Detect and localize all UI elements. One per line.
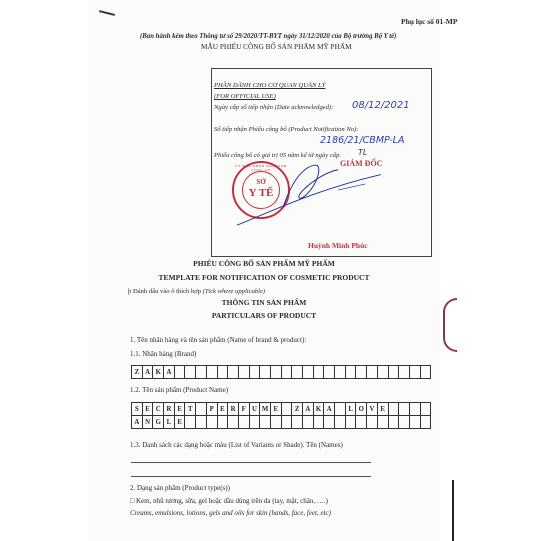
product-cell: E bbox=[143, 403, 154, 416]
brand-cell bbox=[250, 366, 261, 379]
brand-cell bbox=[218, 366, 229, 379]
product-cell bbox=[282, 403, 293, 416]
brand-cell bbox=[196, 366, 207, 379]
product-cell: N bbox=[143, 416, 154, 429]
product-cell bbox=[207, 416, 218, 429]
product-cell bbox=[410, 416, 421, 429]
brand-cell bbox=[175, 366, 186, 379]
product-cell bbox=[389, 416, 400, 429]
brand-cell: A bbox=[164, 366, 175, 379]
product-cell bbox=[185, 416, 196, 429]
brand-cell bbox=[282, 366, 293, 379]
product-cell: T bbox=[185, 403, 196, 416]
section-1-3-label: 1.3. Danh sách các dạng hoặc màu (List o… bbox=[130, 441, 343, 449]
validity-note: Phiếu công bố có giá trị 05 năm kể từ ng… bbox=[214, 152, 341, 159]
brand-cell bbox=[356, 366, 367, 379]
issued-note: (Ban hành kèm theo Thông tư số 29/2020/T… bbox=[140, 33, 396, 40]
page-edge-shadow bbox=[452, 480, 454, 541]
product-cell bbox=[399, 403, 410, 416]
product-cell bbox=[410, 403, 421, 416]
product-cell bbox=[282, 416, 293, 429]
brand-cell bbox=[410, 366, 421, 379]
brand-cell: A bbox=[143, 366, 154, 379]
product-type-option-vi: □ Kem, nhũ tương, sữa, gel hoặc dầu dùng… bbox=[130, 497, 328, 505]
tick-note-en: (Tick where applicable) bbox=[203, 288, 265, 295]
product-cell: P bbox=[207, 403, 218, 416]
product-cell bbox=[303, 416, 314, 429]
brand-cell bbox=[260, 366, 271, 379]
section-1-1-label: 1.1. Nhãn hàng (Brand) bbox=[130, 350, 196, 358]
product-cell: E bbox=[271, 403, 282, 416]
product-cell bbox=[314, 416, 325, 429]
brand-cell bbox=[399, 366, 410, 379]
product-cell bbox=[421, 403, 432, 416]
product-cell bbox=[335, 416, 346, 429]
product-cell bbox=[196, 416, 207, 429]
signature-icon bbox=[222, 159, 392, 229]
variant-line-1 bbox=[131, 462, 371, 463]
brand-cell: K bbox=[153, 366, 164, 379]
official-heading-en: (FOR OFFICIAL USE) bbox=[214, 93, 276, 100]
product-cell bbox=[335, 403, 346, 416]
form-template-title: MẪU PHIẾU CÔNG BỐ SẢN PHẨM MỸ PHẨM bbox=[201, 42, 352, 51]
form-title-vi: PHIẾU CÔNG BỐ SẢN PHẨM MỸ PHẨM bbox=[88, 259, 440, 268]
product-cell bbox=[292, 416, 303, 429]
product-cell: S bbox=[132, 403, 143, 416]
product-cell: G bbox=[153, 416, 164, 429]
signer-name: Huỳnh Minh Phúc bbox=[308, 241, 368, 250]
variant-line-2 bbox=[131, 476, 371, 477]
particulars-title-en: PARTICULARS OF PRODUCT bbox=[88, 311, 440, 320]
product-name-grid: S E C R E T P E R F U M E Z A K A L O V … bbox=[131, 402, 431, 429]
notification-no-label: Số tiếp nhận Phiếu công bố (Product Noti… bbox=[214, 126, 358, 133]
tick-note-vi: þ Đánh dấu vào ô thích hợp bbox=[128, 288, 201, 295]
product-cell bbox=[421, 416, 432, 429]
product-cell bbox=[367, 416, 378, 429]
product-cell: E bbox=[218, 403, 229, 416]
brand-cell bbox=[421, 366, 432, 379]
product-cell bbox=[378, 416, 389, 429]
product-cell bbox=[399, 416, 410, 429]
product-cell: C bbox=[153, 403, 164, 416]
section-1-heading: 1. Tên nhãn hàng và tên sản phẩm (Name o… bbox=[130, 336, 306, 344]
product-cell bbox=[239, 416, 250, 429]
product-cell: M bbox=[260, 403, 271, 416]
product-cell bbox=[218, 416, 229, 429]
brand-cell bbox=[239, 366, 250, 379]
partial-stamp-icon bbox=[443, 298, 457, 352]
brand-cell bbox=[207, 366, 218, 379]
product-cell: A bbox=[324, 403, 335, 416]
date-acknowledged-label: Ngày cấp số tiếp nhận (Date acknowledged… bbox=[214, 104, 333, 111]
product-cell bbox=[346, 416, 357, 429]
product-cell: F bbox=[239, 403, 250, 416]
brand-cell bbox=[292, 366, 303, 379]
product-cell: E bbox=[175, 403, 186, 416]
brand-cell bbox=[378, 366, 389, 379]
product-cell: U bbox=[250, 403, 261, 416]
product-cell bbox=[196, 403, 207, 416]
product-cell: Z bbox=[292, 403, 303, 416]
product-cell: L bbox=[346, 403, 357, 416]
product-cell bbox=[324, 416, 335, 429]
brand-cell bbox=[324, 366, 335, 379]
official-heading-vi: PHẦN DÀNH CHO CƠ QUAN QUẢN LÝ bbox=[214, 82, 325, 89]
brand-cell bbox=[367, 366, 378, 379]
brand-cell bbox=[335, 366, 346, 379]
form-title-en: TEMPLATE FOR NOTIFICATION OF COSMETIC PR… bbox=[88, 273, 440, 282]
brand-cell bbox=[389, 366, 400, 379]
product-cell: R bbox=[164, 403, 175, 416]
brand-cell bbox=[228, 366, 239, 379]
product-cell: E bbox=[175, 416, 186, 429]
product-type-option-en: Creams, emulsions, lotions, gels and oil… bbox=[130, 509, 331, 517]
product-cell bbox=[389, 403, 400, 416]
brand-cell bbox=[303, 366, 314, 379]
date-acknowledged-value: 08/12/2021 bbox=[352, 100, 410, 111]
section-2-heading: 2. Dạng sản phẩm (Product type(s)) bbox=[130, 484, 230, 492]
brand-cell: Z bbox=[132, 366, 143, 379]
product-cell: V bbox=[367, 403, 378, 416]
product-cell: L bbox=[164, 416, 175, 429]
product-cell bbox=[228, 416, 239, 429]
product-cell bbox=[250, 416, 261, 429]
official-use-box: PHẦN DÀNH CHO CƠ QUAN QUẢN LÝ (FOR OFFIC… bbox=[211, 68, 432, 257]
product-cell: E bbox=[378, 403, 389, 416]
brand-cell bbox=[185, 366, 196, 379]
brand-grid: Z A K A bbox=[131, 365, 431, 379]
product-cell: K bbox=[314, 403, 325, 416]
product-cell bbox=[271, 416, 282, 429]
particulars-title-vi: THÔNG TIN SẢN PHẨM bbox=[88, 298, 440, 307]
brand-cell bbox=[314, 366, 325, 379]
product-cell: A bbox=[132, 416, 143, 429]
product-cell: R bbox=[228, 403, 239, 416]
tick-note: þ Đánh dấu vào ô thích hợp (Tick where a… bbox=[128, 288, 265, 295]
page-margin-right bbox=[440, 0, 541, 541]
notification-no-value: 2186/21/CBMP-LA bbox=[320, 135, 404, 146]
product-cell: O bbox=[356, 403, 367, 416]
product-cell bbox=[356, 416, 367, 429]
initials: TL bbox=[358, 148, 367, 157]
section-1-2-label: 1.2. Tên sản phẩm (Product Name) bbox=[130, 386, 228, 394]
product-cell bbox=[260, 416, 271, 429]
brand-cell bbox=[271, 366, 282, 379]
appendix-label: Phụ lục số 01-MP bbox=[401, 17, 457, 26]
brand-cell bbox=[346, 366, 357, 379]
product-cell: A bbox=[303, 403, 314, 416]
